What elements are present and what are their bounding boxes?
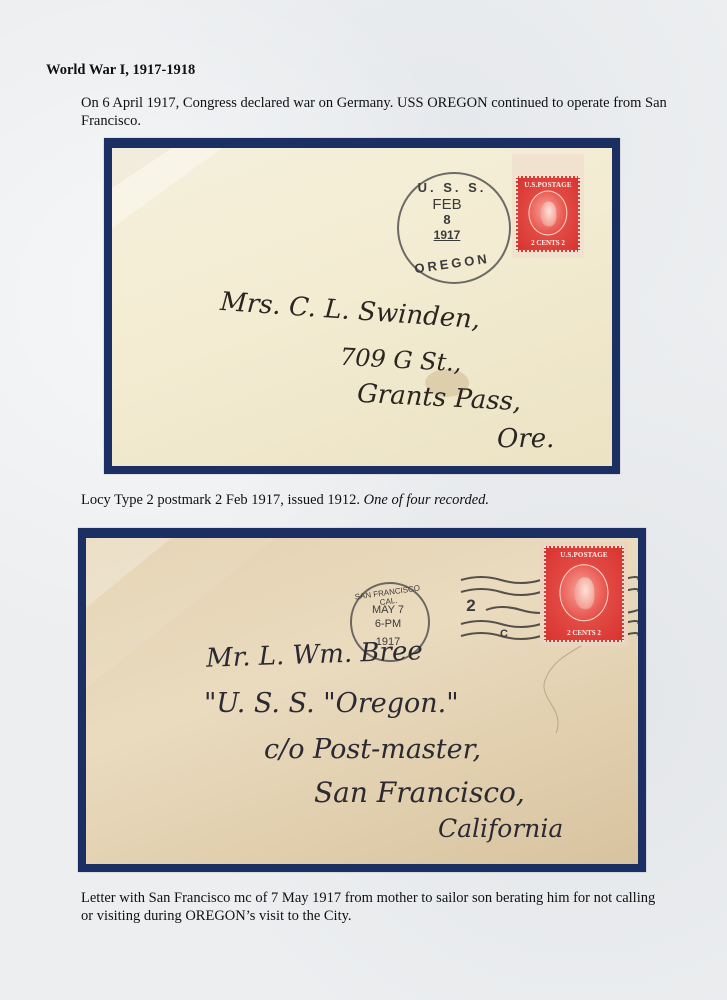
stamp-value-text: 2 CENTS 2 [518, 239, 578, 247]
address-line-5: California [438, 814, 563, 843]
address-line-4: Ore. [497, 424, 554, 454]
cover2-envelope: 2 C SAN FRANCISCO CAL. MAY 7 6-PM 1917 U… [86, 538, 638, 864]
cover1-caption: Locy Type 2 postmark 2 Feb 1917, issued … [81, 491, 489, 509]
stamp-value-text: 2 CENTS 2 [546, 629, 622, 637]
address-line-1: Mr. L. Wm. Bree [206, 636, 424, 674]
address-line-1: Mrs. C. L. Swinden, [219, 287, 481, 335]
address-line-3: Grants Pass, [356, 379, 522, 418]
caption-main: Locy Type 2 postmark 2 Feb 1917, issued … [81, 492, 360, 508]
cover1-stamp: U.S.POSTAGE 2 CENTS 2 [512, 154, 584, 258]
postmark-date: MAY 7 [364, 604, 412, 616]
stamp-top-text: U.S.POSTAGE [546, 551, 622, 559]
stamp-top-text: U.S.POSTAGE [518, 181, 578, 189]
cover2-stamp: U.S.POSTAGE 2 CENTS 2 [540, 542, 628, 646]
address-line-4: San Francisco, [314, 776, 525, 809]
address-line-2: "U. S. S. "Oregon." [204, 688, 459, 719]
address-line-3: c/o Post-master, [264, 734, 481, 765]
cover2-caption: Letter with San Francisco mc of 7 May 19… [81, 889, 661, 925]
page-heading: World War I, 1917-1918 [46, 62, 195, 79]
caption-italic: One of four recorded. [364, 492, 489, 508]
postmark-top-text: U. S. S. [412, 180, 492, 195]
postmark-year: 1917 [427, 228, 467, 242]
washington-portrait-icon [559, 564, 608, 621]
washington-portrait-icon [528, 191, 567, 236]
postmark-time: 6-PM [364, 618, 412, 630]
postmark-month: FEB [427, 196, 467, 213]
cover1-envelope: U. S. S. FEB 8 1917 OREGON U.S.POSTAGE 2… [112, 148, 612, 466]
postmark-day: 8 [427, 212, 467, 227]
cancel-letter: C [498, 628, 510, 640]
address-line-2: 709 G St., [339, 343, 462, 377]
cancel-number: 2 [464, 596, 478, 616]
intro-paragraph: On 6 April 1917, Congress declared war o… [81, 94, 671, 130]
